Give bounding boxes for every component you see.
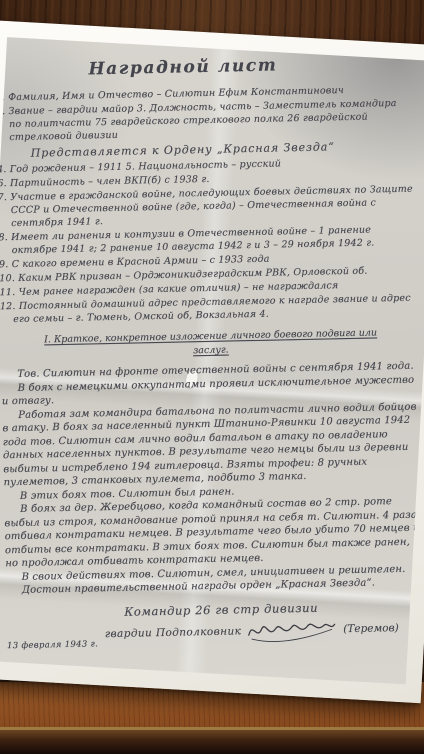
signature-date: 13 февраля 1943 г. (7, 639, 98, 651)
body-paragraph: Работая зам командира батальона по полит… (2, 400, 420, 490)
paper-sheet: Наградной лист 1. Фамилия, Имя и Отчеств… (0, 20, 424, 703)
rank-and-signature-row: гвардии Подполковник (Теремов) (104, 614, 422, 647)
body-paragraph: В боях за дер. Жеребцово, когда командны… (4, 495, 421, 571)
award-document-photocopy: Наградной лист 1. Фамилия, Имя и Отчеств… (0, 37, 424, 684)
table-edge-ridge (0, 727, 424, 754)
document-title: Наградной лист (0, 53, 371, 81)
signature-name: (Теремов) (343, 621, 399, 634)
signature-autograph (246, 616, 339, 644)
signature-block: Командир 26 гв стр дивизии гвардии Подпо… (6, 598, 423, 677)
photo-of-award-document: Наградной лист 1. Фамилия, Имя и Отчеств… (0, 0, 424, 754)
document-text: Наградной лист 1. Фамилия, Имя и Отчеств… (0, 53, 424, 677)
rank-line: гвардии Подполковник (105, 625, 242, 640)
section-title: I. Краткое, конкретное изложение личного… (30, 326, 391, 362)
section-title-text: I. Краткое, конкретное изложение личного… (44, 327, 377, 356)
field-rank-and-position: 2. Звание – гвардии майор 3. Должность, … (0, 97, 412, 145)
